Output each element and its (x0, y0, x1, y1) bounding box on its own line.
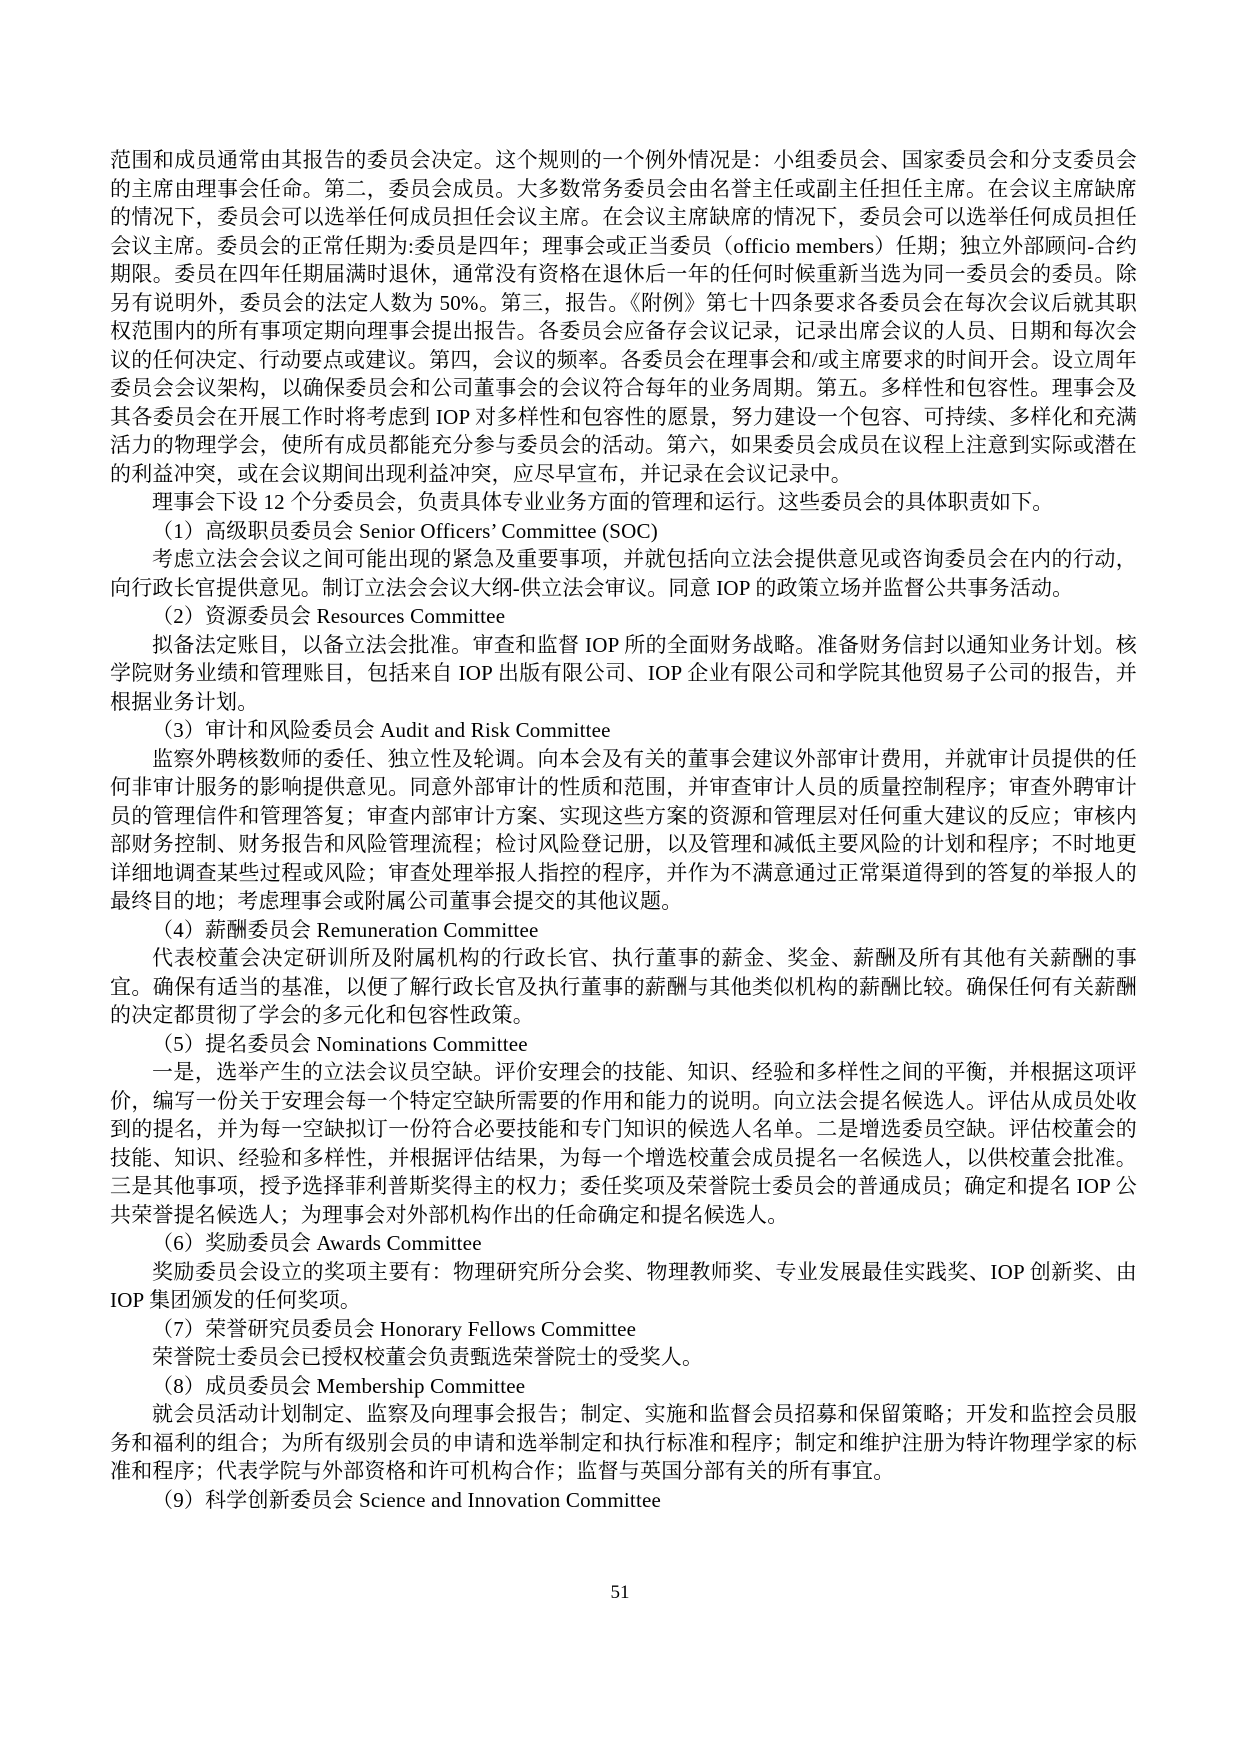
paragraph: （3）审计和风险委员会 Audit and Risk Committee (110, 716, 1137, 745)
paragraph: 奖励委员会设立的奖项主要有：物理研究所分会奖、物理教师奖、专业发展最佳实践奖、I… (110, 1258, 1137, 1315)
paragraph: （1）高级职员委员会 Senior Officers’ Committee (S… (110, 517, 1137, 546)
paragraph: （6）奖励委员会 Awards Committee (110, 1229, 1137, 1258)
paragraph: （9）科学创新委员会 Science and Innovation Commit… (110, 1486, 1137, 1515)
paragraph: 一是，选举产生的立法会议员空缺。评价安理会的技能、知识、经验和多样性之间的平衡，… (110, 1058, 1137, 1229)
paragraph: 理事会下设 12 个分委员会，负责具体专业业务方面的管理和运行。这些委员会的具体… (110, 488, 1137, 517)
page-number: 51 (0, 1581, 1240, 1605)
paragraph: 拟备法定账目，以备立法会批准。审查和监督 IOP 所的全面财务战略。准备财务信封… (110, 631, 1137, 717)
paragraph: （5）提名委员会 Nominations Committee (110, 1030, 1137, 1059)
paragraph: 就会员活动计划制定、监察及向理事会报告；制定、实施和监督会员招募和保留策略；开发… (110, 1400, 1137, 1486)
paragraph: （7）荣誉研究员委员会 Honorary Fellows Committee (110, 1315, 1137, 1344)
paragraph: 代表校董会决定研训所及附属机构的行政长官、执行董事的薪金、奖金、薪酬及所有其他有… (110, 944, 1137, 1030)
paragraph: （8）成员委员会 Membership Committee (110, 1372, 1137, 1401)
paragraph: 荣誉院士委员会已授权校董会负责甄选荣誉院士的受奖人。 (110, 1343, 1137, 1372)
paragraph: （4）薪酬委员会 Remuneration Committee (110, 916, 1137, 945)
paragraph: 考虑立法会会议之间可能出现的紧急及重要事项，并就包括向立法会提供意见或咨询委员会… (110, 545, 1137, 602)
paragraph: 范围和成员通常由其报告的委员会决定。这个规则的一个例外情况是：小组委员会、国家委… (110, 146, 1137, 488)
paragraph: （2）资源委员会 Resources Committee (110, 602, 1137, 631)
document-page: 范围和成员通常由其报告的委员会决定。这个规则的一个例外情况是：小组委员会、国家委… (0, 0, 1240, 1753)
document-body: 范围和成员通常由其报告的委员会决定。这个规则的一个例外情况是：小组委员会、国家委… (110, 146, 1137, 1514)
paragraph: 监察外聘核数师的委任、独立性及轮调。向本会及有关的董事会建议外部审计费用，并就审… (110, 745, 1137, 916)
